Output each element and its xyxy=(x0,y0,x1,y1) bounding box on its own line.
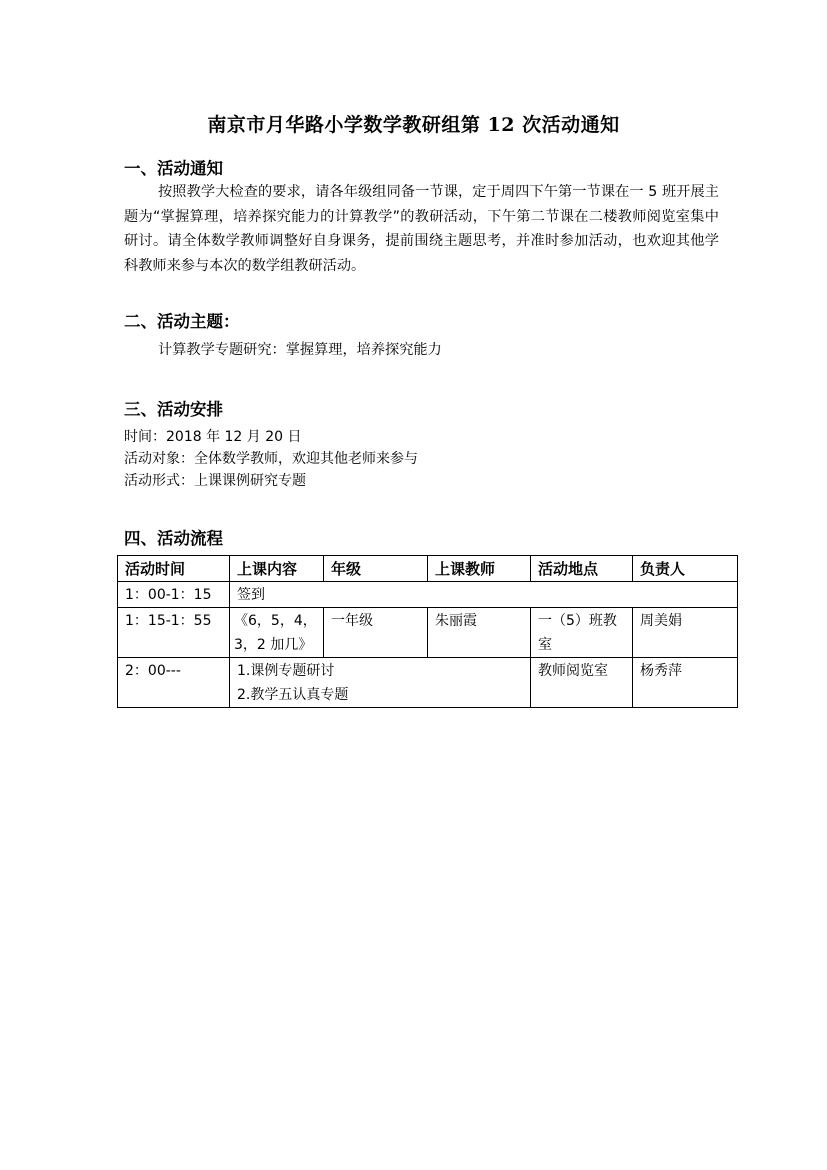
header-cell: 负责人 xyxy=(633,556,738,582)
header-cell: 上课内容 xyxy=(230,556,324,582)
section-heading-process: 四、活动流程 xyxy=(124,525,223,549)
place-line: 室 xyxy=(538,633,625,657)
document-title: 南京市月华路小学数学教研组第 12 次活动通知 xyxy=(0,110,827,137)
cell-place: 一（5）班教 室 xyxy=(531,608,633,658)
cell-content: 1.课例专题研讨 2.教学五认真专题 xyxy=(230,658,531,708)
arrangement-audience: 活动对象：全体数学教师，欢迎其他老师来参与 xyxy=(124,448,418,468)
header-cell: 年级 xyxy=(324,556,428,582)
content-line: 2.教学五认真专题 xyxy=(237,683,523,707)
header-cell: 活动地点 xyxy=(531,556,633,582)
cell-grade: 一年级 xyxy=(324,608,428,658)
cell-place: 教师阅览室 xyxy=(531,658,633,708)
process-table: 活动时间 上课内容 年级 上课教师 活动地点 负责人 1：00-1：15 签到 … xyxy=(117,555,738,708)
cell-content: 《6，5，4， 3，2 加几》 xyxy=(230,608,324,658)
cell-owner: 周美娟 xyxy=(633,608,738,658)
cell-time: 1：15-1：55 xyxy=(118,608,230,658)
section-heading-theme: 二、活动主题： xyxy=(124,308,240,332)
content-line: 1.课例专题研讨 xyxy=(237,659,523,683)
table-header-row: 活动时间 上课内容 年级 上课教师 活动地点 负责人 xyxy=(118,556,738,582)
section-heading-notice: 一、活动通知 xyxy=(124,155,223,179)
cell-time: 2：00--- xyxy=(118,658,230,708)
cell-owner: 杨秀萍 xyxy=(633,658,738,708)
header-cell: 活动时间 xyxy=(118,556,230,582)
arrangement-time: 时间：2018 年 12 月 20 日 xyxy=(124,426,302,446)
section-heading-arrangement: 三、活动安排 xyxy=(124,396,223,420)
notice-paragraph: 按照教学大检查的要求，请各年级组同备一节课，定于周四下午第一节课在一 5 班开展… xyxy=(124,180,719,278)
table-row: 1：15-1：55 《6，5，4， 3，2 加几》 一年级 朱丽霞 一（5）班教… xyxy=(118,608,738,658)
cell-content: 签到 xyxy=(230,582,738,608)
header-cell: 上课教师 xyxy=(428,556,531,582)
place-line: 一（5）班教 xyxy=(538,609,625,633)
cell-time: 1：00-1：15 xyxy=(118,582,230,608)
cell-teacher: 朱丽霞 xyxy=(428,608,531,658)
table-row: 2：00--- 1.课例专题研讨 2.教学五认真专题 教师阅览室 杨秀萍 xyxy=(118,658,738,708)
arrangement-format: 活动形式：上课课例研究专题 xyxy=(124,470,306,490)
theme-paragraph: 计算教学专题研究：掌握算理，培养探究能力 xyxy=(124,338,719,363)
content-line: 《6，5，4， xyxy=(234,609,321,633)
table-row: 1：00-1：15 签到 xyxy=(118,582,738,608)
content-line: 3，2 加几》 xyxy=(234,633,321,657)
